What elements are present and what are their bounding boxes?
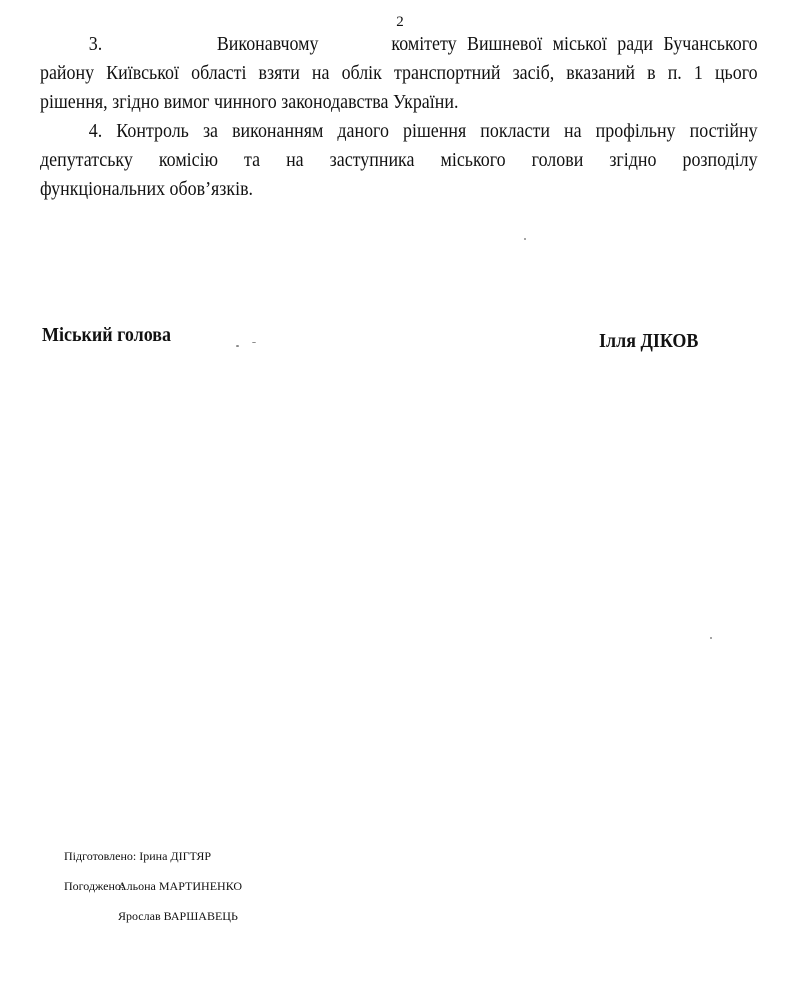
paragraph-line: рішення, згідно вимог чинного законодавс… <box>40 88 758 117</box>
paragraph-line: функціональних обов’язків. <box>40 175 758 204</box>
signature-name: Ілля ДІКОВ <box>599 330 698 353</box>
agreed-name: Ярослав ВАРШАВЕЦЬ <box>118 909 238 924</box>
paragraph-line: депутатську комісію та на заступника міс… <box>40 146 758 175</box>
paragraph-line: району Київської області взяти на облік … <box>40 59 758 88</box>
paragraph-line: 3. Виконавчому комітету Вишневої міської… <box>40 30 758 59</box>
paragraph-4: 4. Контроль за виконанням даного рішення… <box>40 117 758 204</box>
scan-speck <box>710 637 712 639</box>
paragraph-3: 3. Виконавчому комітету Вишневої міської… <box>40 30 758 117</box>
scan-speck <box>236 345 239 347</box>
scan-speck <box>252 342 256 343</box>
prepared-by: Підготовлено: Ірина ДІГТЯР <box>64 849 211 864</box>
page-number: 2 <box>0 14 800 31</box>
paragraph-line: 4. Контроль за виконанням даного рішення… <box>40 117 758 146</box>
agreed-label: Погоджено: <box>64 879 124 894</box>
signature-title: Міський голова <box>42 324 171 347</box>
agreed-name: Альона МАРТИНЕНКО <box>118 879 242 894</box>
scan-speck <box>524 238 526 240</box>
